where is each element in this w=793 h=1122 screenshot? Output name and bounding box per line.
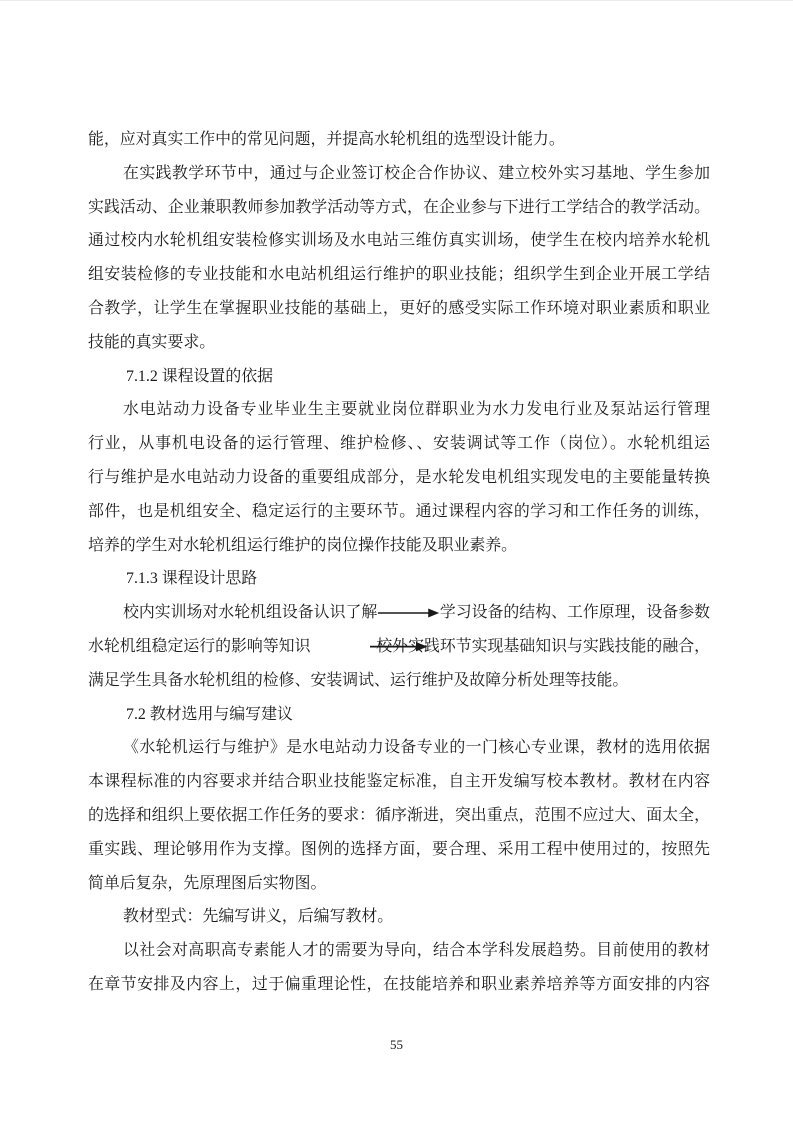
paragraph-line: 本课程标准的内容要求并结合职业技能鉴定标准，自主开发编写校本教材。教材在内容 (88, 765, 710, 799)
paragraph-line: 重实践、理论够用作为支撑。图例的选择方面，要合理、采用工程中使用过的，按照先 (88, 833, 710, 867)
paragraph-line: 合教学，让学生在掌握职业技能的基础上，更好的感受实际工作环境对职业素质和职业 (88, 292, 710, 326)
design-flow-line-2: 水轮机组稳定运行的影响等知识 校外实践环节实现基础知识与实践技能的融合， (88, 630, 710, 664)
flow-target-label: 校外实践环节实现基础知识与实践技能的融合， (376, 638, 710, 655)
paragraph-line: 水电站动力设备专业毕业生主要就业岗位群职业为水力发电行业及泵站运行管理 (88, 393, 710, 427)
paragraph-line: 的选择和组织上要依据工作任务的要求：循序渐进，突出重点，范围不应过大、面太全， (88, 799, 710, 833)
section-heading-7-1-3: 7.1.3 课程设计思路 (88, 562, 710, 596)
document-page: 能，应对真实工作中的常见问题，并提高水轮机组的选型设计能力。 在实践教学环节中，… (0, 0, 793, 1122)
paragraph-line: 在章节安排及内容上，过于偏重理论性，在技能培养和职业素养培养等方面安排的内容 (88, 968, 710, 1002)
paragraph-line: 简单后复杂，先原理图后实物图。 (88, 867, 710, 901)
paragraph-line: 满足学生具备水轮机组的检修、安装调试、运行维护及故障分析处理等技能。 (88, 664, 710, 698)
paragraph-line: 培养的学生对水轮机组运行维护的岗位操作技能及职业素养。 (88, 529, 710, 563)
flow-target-text: 学习设备的结构、工作原理，设备参数 (440, 596, 710, 630)
right-arrow-icon (377, 596, 440, 630)
paragraph-line: 在实践教学环节中，通过与企业签订校企合作协议、建立校外实习基地、学生参加 (88, 157, 710, 191)
paragraph-line: 行业，从事机电设备的运行管理、维护检修、、安装调试等工作（岗位）。水轮机组运 (88, 427, 710, 461)
paragraph-line: 组安装检修的专业技能和水电站机组运行维护的职业技能；组织学生到企业开展工学结 (88, 258, 710, 292)
paragraph-line: 能，应对真实工作中的常见问题，并提高水轮机组的选型设计能力。 (88, 123, 710, 157)
document-body: 能，应对真实工作中的常见问题，并提高水轮机组的选型设计能力。 在实践教学环节中，… (88, 123, 710, 1002)
paragraph-line: 实践活动、企业兼职教师参加教学活动等方式，在企业参与下进行工学结合的教学活动。 (88, 191, 710, 225)
paragraph-line: 《水轮机运行与维护》是水电站动力设备专业的一门核心专业课，教材的选用依据 (88, 731, 710, 765)
section-heading-7-2: 7.2 教材选用与编写建议 (88, 698, 710, 732)
paragraph-line: 部件，也是机组安全、稳定运行的主要环节。通过课程内容的学习和工作任务的训练， (88, 495, 710, 529)
paragraph-line: 技能的真实要求。 (88, 326, 710, 360)
paragraph-line: 行与维护是水电站动力设备的重要组成部分，是水轮发电机组实现发电的主要能量转换 (88, 461, 710, 495)
flow-source-text: 水轮机组稳定运行的影响等知识 (88, 630, 310, 664)
flow-source-text: 校内实训场对水轮机组设备认识了解 (123, 596, 377, 630)
design-flow-line-1: 校内实训场对水轮机组设备认识了解 学习设备的结构、工作原理，设备参数 (88, 596, 710, 630)
section-heading-7-1-2: 7.1.2 课程设置的依据 (88, 360, 710, 394)
paragraph-line: 教材型式：先编写讲义，后编写教材。 (88, 900, 710, 934)
page-number: 55 (0, 1037, 793, 1053)
paragraph-line: 以社会对高职高专素能人才的需要为导向，结合本学科发展趋势。目前使用的教材 (88, 934, 710, 968)
paragraph-line: 通过校内水轮机组安装检修实训场及水电站三维仿真实训场，使学生在校内培养水轮机 (88, 224, 710, 258)
flow-target-text: 校外实践环节实现基础知识与实践技能的融合， (376, 630, 710, 664)
